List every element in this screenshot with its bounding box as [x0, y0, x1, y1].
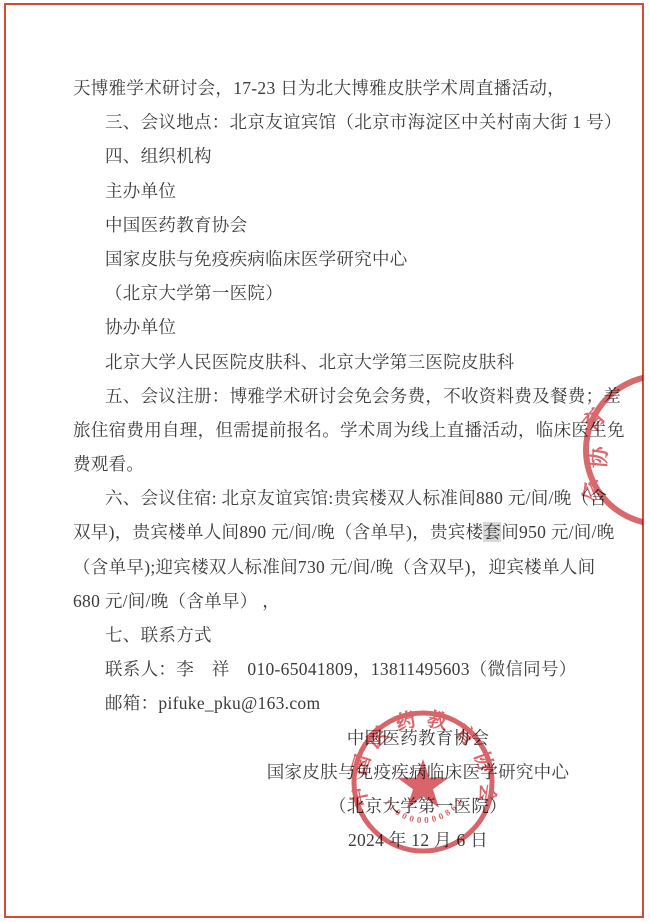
text-line: 联系人：李 祥 010-65041809，13811495603（微信同号）: [0, 652, 650, 686]
text-line: 2024 年 12 月 6 日: [188, 823, 648, 857]
text-line: 五、会议注册：博雅学术研讨会免会务费，不收资料费及餐费；差: [0, 379, 650, 413]
text-line: 国家皮肤与免疫疾病临床医学研究中心: [0, 242, 650, 276]
text-line: 北京大学人民医院皮肤科、北京大学第三医院皮肤科: [0, 345, 650, 379]
text-line: 双早)，贵宾楼单人间890 元/间/晚（含单早)，贵宾楼套间950 元/间/晚: [0, 515, 650, 549]
document-page: 天博雅学术研讨会，17-23 日为北大博雅皮肤学术周直播活动，三、会议地点：北京…: [0, 0, 650, 922]
text-line: 邮箱：pifuke_pku@163.com: [0, 686, 650, 720]
text-line: 主办单位: [0, 174, 650, 208]
highlighted-character: 套: [483, 522, 501, 542]
text-line: 680 元/间/晚（含单早） ，: [0, 584, 650, 618]
text-line: 国家皮肤与免疫疾病临床医学研究中心: [188, 755, 648, 789]
text-line: 七、联系方式: [0, 618, 650, 652]
text-line: 旅住宿费用自理，但需提前报名。学术周为线上直播活动，临床医生免: [0, 413, 650, 447]
text-line: 天博雅学术研讨会，17-23 日为北大博雅皮肤学术周直播活动，: [0, 71, 650, 105]
text-line: 费观看。: [0, 447, 650, 481]
text-line: （含单早);迎宾楼双人标准间730 元/间/晚（含双早)，迎宾楼单人间: [0, 550, 650, 584]
text-line: 六、会议住宿: 北京友谊宾馆:贵宾楼双人标准间880 元/间/晚（含: [0, 481, 650, 515]
text-line: 中国医药教育协会: [0, 208, 650, 242]
text-line: 三、会议地点：北京友谊宾馆（北京市海淀区中关村南大街 1 号）: [0, 105, 650, 139]
text-line: 中国医药教育协会: [188, 721, 648, 755]
text-line: （北京大学第一医院）: [188, 789, 648, 823]
text-line: 协办单位: [0, 310, 650, 344]
document-body: 天博雅学术研讨会，17-23 日为北大博雅皮肤学术周直播活动，三、会议地点：北京…: [0, 71, 650, 857]
text-line: （北京大学第一医院）: [0, 276, 650, 310]
text-line: 四、组织机构: [0, 139, 650, 173]
